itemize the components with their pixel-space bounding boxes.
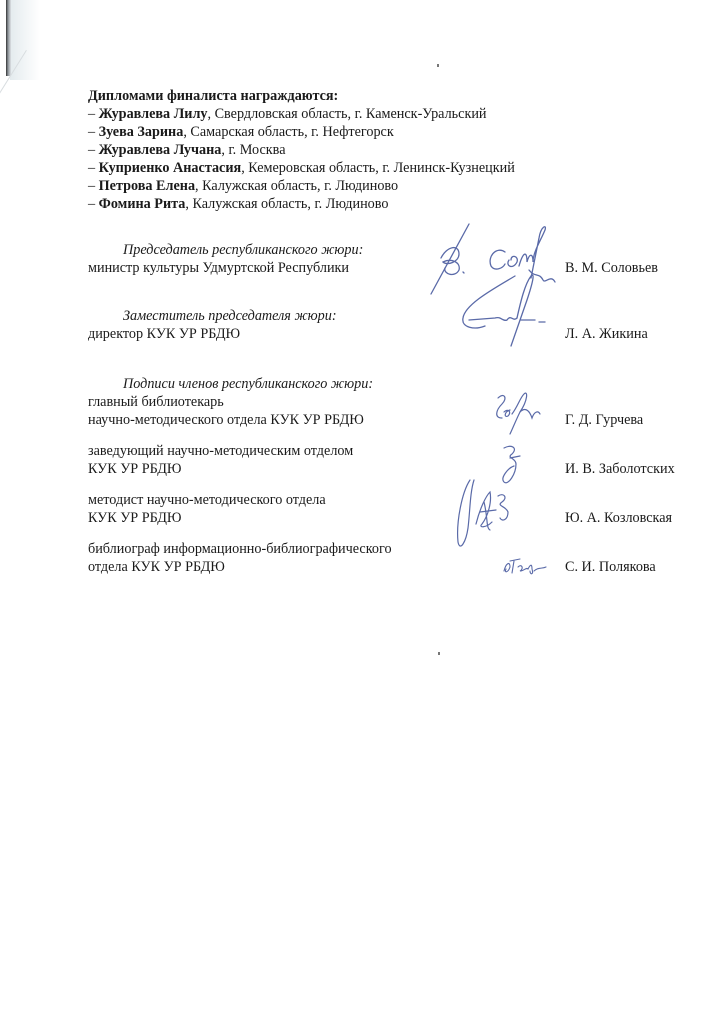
members-title: Подписи членов республиканского жюри: <box>123 375 373 393</box>
award-name: Зуева Зарина <box>99 124 184 140</box>
dash: – <box>88 160 99 176</box>
award-name: Куприенко Анастасия <box>99 160 242 176</box>
member-signature <box>452 472 522 557</box>
award-item: – Зуева Зарина, Самарская область, г. Не… <box>88 123 394 141</box>
award-item: – Куприенко Анастасия, Кемеровская облас… <box>88 159 515 177</box>
scan-edge <box>6 0 11 76</box>
chairman-name: В. М. Соловьев <box>565 259 658 277</box>
award-place: , г. Москва <box>221 142 285 158</box>
scan-speck <box>438 652 440 655</box>
member-signature <box>500 555 550 582</box>
member-position-line2: КУК УР РБДЮ <box>88 509 181 527</box>
member-position-line2: научно-методического отдела КУК УР РБДЮ <box>88 411 364 429</box>
award-place: , Калужская область, г. Людиново <box>185 196 388 212</box>
member-signature <box>490 390 550 445</box>
member-position-line1: библиограф информационно-библиографическ… <box>88 540 392 558</box>
dash: – <box>88 142 99 158</box>
member-name: С. И. Полякова <box>565 558 656 576</box>
scan-speck <box>437 64 439 67</box>
member-position-line1: методист научно-методического отдела <box>88 491 326 509</box>
dash: – <box>88 196 99 212</box>
chairman-position: министр культуры Удмуртской Республики <box>88 259 349 277</box>
award-item: – Фомина Рита, Калужская область, г. Люд… <box>88 195 388 213</box>
dash: – <box>88 178 99 194</box>
award-item: – Петрова Елена, Калужская область, г. Л… <box>88 177 398 195</box>
award-item: – Журавлева Лилу, Свердловская область, … <box>88 105 487 123</box>
award-name: Журавлева Лилу <box>99 106 208 122</box>
deputy-title: Заместитель председателя жюри: <box>123 307 337 325</box>
dash: – <box>88 106 99 122</box>
deputy-name: Л. А. Жикина <box>565 325 648 343</box>
dash: – <box>88 124 99 140</box>
member-name: Г. Д. Гурчева <box>565 411 643 429</box>
member-position-line2: отдела КУК УР РБДЮ <box>88 558 225 576</box>
deputy-position: директор КУК УР РБДЮ <box>88 325 240 343</box>
award-place: , Свердловская область, г. Каменск-Ураль… <box>208 106 487 122</box>
award-place: , Калужская область, г. Людиново <box>195 178 398 194</box>
award-place: , Самарская область, г. Нефтегорск <box>183 124 393 140</box>
award-place: , Кемеровская область, г. Ленинск-Кузнец… <box>241 160 515 176</box>
member-position-line1: заведующий научно-методическим отделом <box>88 442 353 460</box>
chairman-title: Председатель республиканского жюри: <box>123 241 363 259</box>
member-position-line2: КУК УР РБДЮ <box>88 460 181 478</box>
award-name: Петрова Елена <box>99 178 195 194</box>
award-item: – Журавлева Лучана, г. Москва <box>88 141 286 159</box>
award-name: Журавлева Лучана <box>99 142 222 158</box>
awards-heading: Дипломами финалиста награждаются: <box>88 87 338 105</box>
member-name: Ю. А. Козловская <box>565 509 672 527</box>
award-name: Фомина Рита <box>99 196 186 212</box>
member-position-line1: главный библиотекарь <box>88 393 224 411</box>
deputy-signature <box>455 270 555 355</box>
member-name: И. В. Заболотских <box>565 460 675 478</box>
